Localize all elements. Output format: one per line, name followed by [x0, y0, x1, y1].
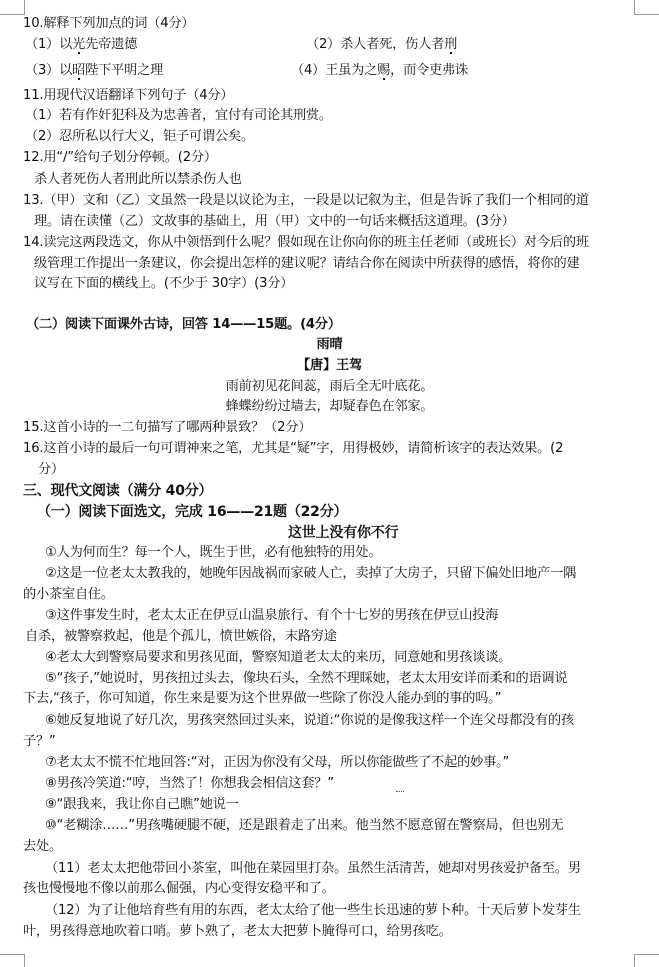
article-paragraph-cont: 孩也慢慢地不像以前那么倔强，内心变得安稳平和了。 [23, 880, 335, 898]
page-corner-mark [634, 954, 659, 967]
article-paragraph: （11）老太太把他带回小茶室，叫他在菜园里打杂。虽然生活清苦，她却对男孩爱护备至… [45, 860, 581, 878]
section-2-heading: （二）阅读下面课外古诗，回答 14——15题。(4分） [26, 316, 341, 334]
page-corner-mark [634, 0, 659, 15]
article-paragraph: ⑥她反复地说了好几次，男孩突然回过头来，说道:“你说的是像我这样一个连父母都没有… [45, 712, 574, 730]
q10-item-3: （3）以昭陛下平明之理 [25, 62, 163, 80]
question-14-line-3: 议写在下面的横线上。(不少于 30字）(3分） [34, 275, 293, 293]
q11-sentence-2: （2）忍所私以行大义，钜子可谓公矣。 [25, 128, 254, 146]
text: 陛下平明之理 [85, 63, 163, 78]
article-paragraph-cont: 叶，男孩得意地吹着口哨。萝卜熟了，老太大把萝卜腌得可口，给男孩吃。 [23, 923, 452, 941]
question-16-line-2: 分） [38, 461, 64, 479]
page-corner-mark [0, 0, 25, 15]
section-3-heading: 三、现代文阅读（满分 40分） [23, 482, 212, 500]
article-paragraph: ⑨“跟我来，我让你自己瞧”她说一 [45, 796, 239, 814]
question-16-line-1: 16.这首小诗的最后一句可谓神来之笔，尤其是“疑”字，用得极妙，请简析该字的表达… [23, 440, 563, 458]
article-paragraph: ③这件事发生时，老太太正在伊豆山温泉旅行、有个十七岁的男孩在伊豆山投海 [45, 607, 498, 625]
emphasis-dot-char: 刑 [444, 37, 457, 52]
article-paragraph: ②这是一位老太太教我的，她晚年因战祸而家破人亡，卖掉了大房子，只留下偏处旧地产一… [45, 565, 576, 583]
article-paragraph-cont: 的小茶室自住。 [23, 586, 114, 604]
article-paragraph: ①人为何而生？每一个人，既生于世，必有他独特的用处。 [45, 544, 381, 562]
question-11-title: 11.用现代汉语翻译下列句子（4分） [23, 87, 233, 105]
article-paragraph-cont: 下去,“孩子，你可知道，你生来是要为这个世界做一些除了你没人能办到的事的吗。” [23, 690, 501, 708]
poem-line-1: 雨前初见花间蕊，雨后全无叶底花。 [0, 378, 659, 396]
question-12-title: 12.用“/”给句子划分停顿。(2分） [23, 149, 217, 167]
question-13-line-2: 理。请在读懂（乙）文故事的基础上，用（甲）文中的一句话来概括这道理。(3分） [34, 213, 515, 231]
text: （2）杀人者死，伤人者 [306, 37, 444, 52]
article-paragraph-cont: 去处。 [23, 838, 62, 856]
q12-sentence: 杀人者死伤人者刑此所以禁杀伤人也 [34, 171, 242, 189]
text: （1）以 [25, 37, 72, 52]
emphasis-dot-char: 昭 [72, 63, 85, 78]
text: （4）王虽为之 [291, 63, 377, 78]
article-title: 这世上没有你不行 [288, 524, 398, 542]
article-paragraph: ⑩“老糊涂……”男孩嘴硬腿不硬，还是跟着走了出来。他当然不愿意留在警察局，但也别… [45, 817, 563, 835]
emphasis-dot-char: 赐 [377, 63, 390, 78]
page-corner-mark [0, 954, 25, 967]
q10-item-2: （2）杀人者死，伤人者刑 [306, 36, 457, 54]
article-paragraph-cont: 自杀，被警察救起，他是个孤儿，愤世嫉俗，末路穷途 [25, 628, 337, 646]
article-paragraph: （12）为了让他培育些有用的东西，老太太给了他一些生长迅速的萝卜种。十天后萝卜发… [45, 902, 581, 920]
poem-line-2: 蜂蝶纷纷过墙去，却疑春色在邻家。 [0, 398, 659, 416]
section-3-subheading: （一）阅读下面选文，完成 16——21题（22分） [37, 503, 347, 521]
text: ，而令吏弗诛 [390, 63, 468, 78]
poem-title: 雨晴 [0, 336, 659, 354]
text: （3）以 [25, 63, 72, 78]
article-paragraph: ⑦老太太不慌不忙地回答:“对，正因为你没有父母，所以你能做些了不起的妙事。” [45, 754, 509, 772]
spellcheck-mark [396, 788, 404, 792]
q11-sentence-1: （1）若有作奸犯科及为忠善者，宜付有司论其刑赏。 [25, 107, 332, 125]
poem-author: 【唐】王驾 [0, 357, 659, 375]
article-paragraph-cont: 子？” [23, 733, 56, 751]
article-paragraph: ⑤“孩子,”她说时，男孩扭过头去，像块石头，全然不理睬她，老太太用安详而柔和的语… [45, 670, 567, 688]
article-paragraph: ④老太大到警察局要求和男孩见面，警察知道老太太的来历，同意她和男孩谈谈。 [45, 649, 511, 667]
emphasis-dot-char: 光 [72, 37, 85, 52]
q10-item-4: （4）王虽为之赐，而令吏弗诛 [291, 62, 468, 80]
q10-item-1: （1）以光先帝遗德 [25, 36, 137, 54]
question-15: 15.这首小诗的一二句描写了哪两种景致？（2分） [23, 419, 311, 437]
article-paragraph: ⑧男孩冷笑道:“哼，当然了！你想我会相信这套？” [45, 775, 334, 793]
question-14-line-2: 级管理工作提出一条建议，你会提出怎样的建议呢？请结合你在阅读中所获得的感悟，将你… [34, 255, 579, 273]
question-10-title: 10.解释下列加点的词（4分） [23, 15, 194, 33]
question-14-line-1: 14.读完这两段选文，你从中领悟到什么呢？假如现在让你向你的班主任老师（或班长）… [23, 234, 589, 252]
question-13-line-1: 13.（甲）文和（乙）文虽然一段是以议论为主，一段是以记叙为主，但是告诉了我们一… [23, 192, 589, 210]
text: 先帝遗德 [85, 37, 137, 52]
